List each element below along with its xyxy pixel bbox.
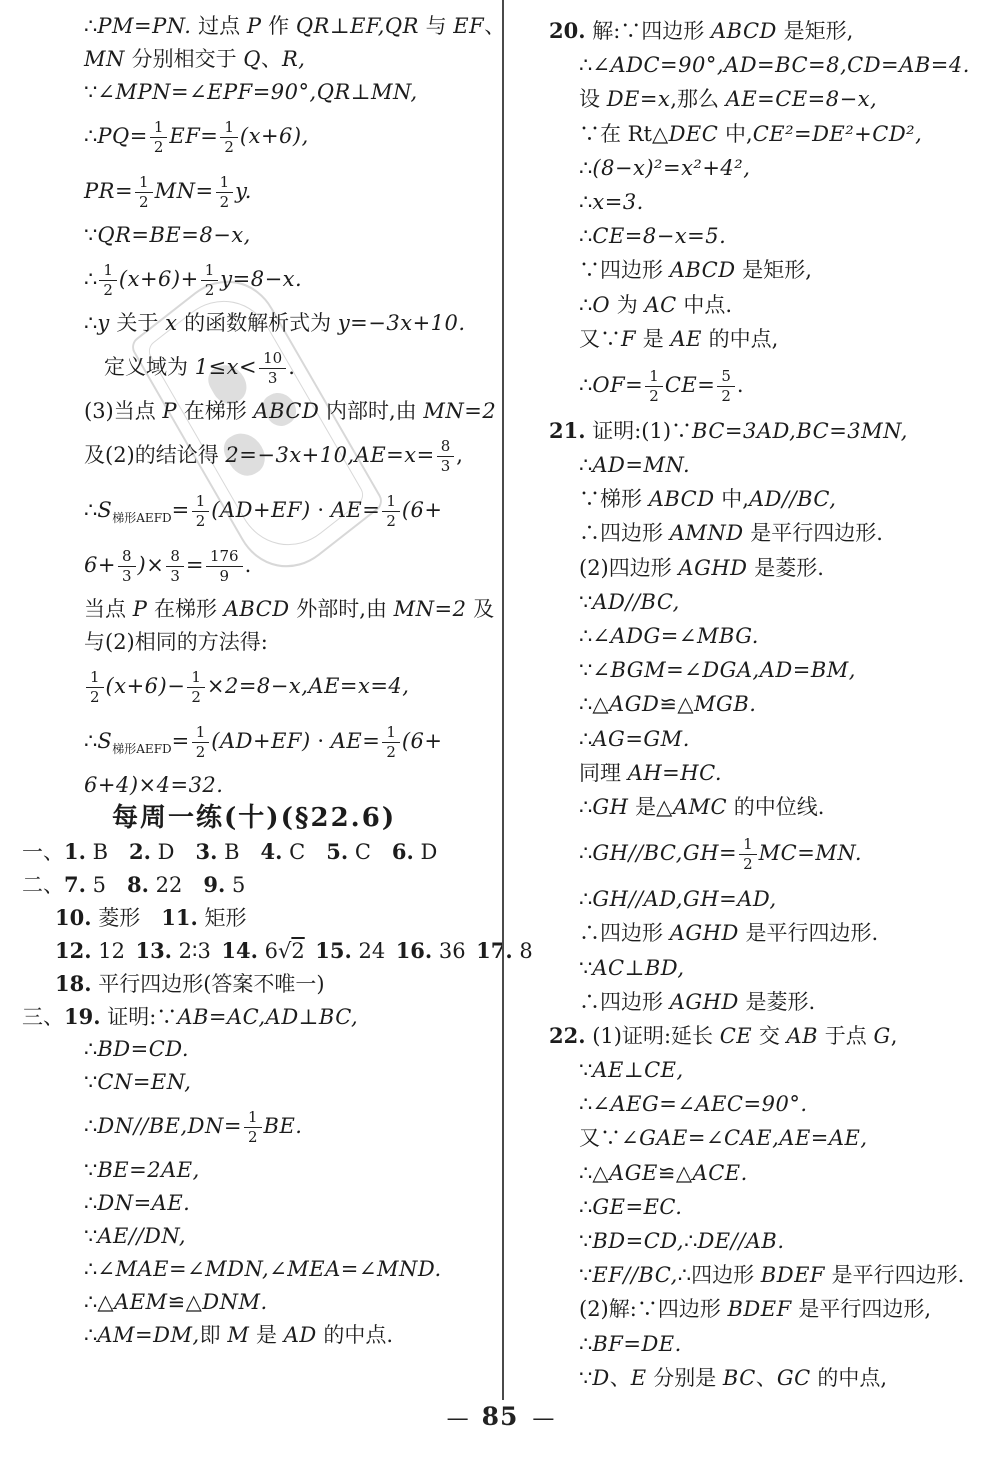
math-segment: CE²=DE²+CD², bbox=[753, 122, 923, 146]
math-segment: ×2=8−x,AE=x=4, bbox=[207, 674, 410, 698]
math-segment: O bbox=[592, 293, 610, 317]
text-segment: ∵ bbox=[579, 1366, 592, 1390]
math-segment: BE=2AE, bbox=[97, 1158, 199, 1182]
text-segment: . bbox=[245, 553, 252, 577]
math-segment: AE=CE=8−x, bbox=[726, 87, 878, 111]
text-line: 6+83)×83=1769. bbox=[84, 538, 498, 593]
math-segment: F bbox=[621, 327, 636, 351]
text-segment: 是平行四边形. bbox=[744, 521, 883, 545]
fraction: 12 bbox=[645, 368, 663, 406]
text-segment: ∵ bbox=[579, 1229, 592, 1253]
text-line: ∴AD=MN. bbox=[579, 448, 998, 482]
fraction-denominator: 2 bbox=[99, 281, 117, 299]
fraction: 12 bbox=[150, 119, 168, 157]
text-segment: D bbox=[414, 840, 438, 864]
text-line: ∴S梯形AEFD=12(AD+EF) · AE=12(6+ bbox=[84, 483, 498, 538]
text-line: ∵QR=BE=8−x, bbox=[84, 219, 498, 252]
text-segment: 证明:(1)∵ bbox=[586, 419, 693, 443]
math-segment: GH//AD,GH=AD, bbox=[592, 887, 776, 911]
text-line: ∴BD=CD. bbox=[84, 1033, 498, 1066]
math-segment: ABCD bbox=[670, 258, 736, 282]
math-segment: (AD+EF) bbox=[211, 498, 310, 522]
text-line: ∴GE=EC. bbox=[579, 1190, 998, 1224]
text-line: ∴四边形 AMND 是平行四边形. bbox=[579, 516, 998, 550]
text-segment: (1)证明:延长 bbox=[586, 1024, 720, 1048]
text-line: ∴AG=GM. bbox=[579, 722, 998, 756]
text-segment: ∴ bbox=[84, 267, 97, 291]
text-segment: 矩形 bbox=[198, 906, 247, 930]
fraction-numerator: 1 bbox=[645, 368, 663, 387]
text-line: 及(2)的结论得 2=−3x+10,AE=x=83, bbox=[84, 428, 498, 483]
text-segment: (2)四边形 bbox=[579, 556, 678, 580]
fraction: 83 bbox=[118, 548, 136, 586]
text-line: ∴DN=AE. bbox=[84, 1187, 498, 1220]
text-line: ∴△AGD≌△MGB. bbox=[579, 687, 998, 721]
text-segment: 为 bbox=[610, 293, 644, 317]
math-segment: = bbox=[172, 729, 190, 753]
text-line: ∴∠AEG=∠AEC=90°. bbox=[579, 1087, 998, 1121]
text-line: ∴(8−x)²=x²+4², bbox=[579, 151, 998, 185]
fraction-numerator: 8 bbox=[118, 548, 136, 567]
text-segment: B bbox=[217, 840, 260, 864]
bold-segment: 2. bbox=[129, 839, 151, 864]
text-segment: ∴ bbox=[579, 293, 592, 317]
radicand: 2 bbox=[291, 939, 304, 963]
math-segment: = bbox=[172, 498, 190, 522]
text-segment: 同理 bbox=[579, 761, 628, 785]
text-segment: 的中点. bbox=[317, 1323, 393, 1347]
math-segment: AD=MN. bbox=[592, 453, 690, 477]
math-segment: AE//DN, bbox=[97, 1224, 186, 1248]
math-segment: G bbox=[873, 1024, 890, 1048]
bold-segment: 4. bbox=[261, 839, 283, 864]
math-segment: AD//BC, bbox=[749, 487, 836, 511]
text-segment: 8 bbox=[513, 939, 533, 963]
text-segment: 关于 bbox=[110, 311, 165, 335]
math-segment: P bbox=[162, 399, 177, 423]
math-segment: 6+ bbox=[84, 553, 116, 577]
text-line: ∴BF=DE. bbox=[579, 1327, 998, 1361]
bold-segment: 10. bbox=[55, 905, 92, 930]
fraction-numerator: 1 bbox=[382, 493, 400, 512]
bold-segment: 1. bbox=[64, 839, 86, 864]
fraction-denominator: 2 bbox=[382, 512, 400, 530]
text-segment: 的中点, bbox=[811, 1366, 887, 1390]
text-segment: 是菱形. bbox=[739, 990, 815, 1014]
math-segment: MN= bbox=[155, 179, 214, 203]
math-segment: OF= bbox=[592, 373, 643, 397]
fraction-numerator: 10 bbox=[259, 350, 286, 369]
text-segment: 一、 bbox=[22, 840, 64, 864]
fraction: 103 bbox=[259, 350, 286, 388]
math-segment: AH=HC. bbox=[628, 761, 722, 785]
math-segment: EF//BC, bbox=[592, 1263, 677, 1287]
bold-segment: 16. bbox=[396, 938, 433, 963]
math-segment: AB=AC,AD⊥BC, bbox=[177, 1005, 358, 1029]
math-segment: CE= bbox=[665, 373, 716, 397]
fraction: 12 bbox=[99, 262, 117, 300]
text-segment: 又∵ bbox=[579, 1126, 621, 1150]
text-segment: 6 bbox=[258, 939, 278, 963]
text-line: (3)当点 P 在梯形 ABCD 内部时,由 MN=2 bbox=[84, 395, 498, 428]
text-segment: ∴ bbox=[579, 1092, 592, 1116]
math-segment: DE//AB. bbox=[697, 1229, 784, 1253]
math-segment: CN=EN, bbox=[97, 1070, 191, 1094]
text-segment: 5 bbox=[225, 873, 245, 897]
math-segment: BDEF bbox=[728, 1297, 792, 1321]
text-segment: 与 bbox=[419, 14, 453, 38]
text-segment: ∴ bbox=[84, 1257, 97, 1281]
workbook-answers-page: ∴PM=PN. 过点 P 作 QR⊥EF,QR 与 EF、MN 分别相交于 Q、… bbox=[0, 0, 1000, 1464]
text-segment: · bbox=[311, 729, 331, 753]
text-line: ∴四边形 AGHD 是菱形. bbox=[579, 985, 998, 1019]
math-segment: CE bbox=[720, 1024, 752, 1048]
fraction-numerator: 1 bbox=[216, 174, 234, 193]
text-line: 同理 AH=HC. bbox=[579, 756, 998, 790]
math-segment: BC bbox=[723, 1366, 756, 1390]
fraction-denominator: 2 bbox=[220, 138, 238, 156]
math-segment: = bbox=[186, 553, 204, 577]
bold-segment: 20. bbox=[549, 18, 586, 43]
page-footer: —85— bbox=[0, 1402, 1000, 1431]
text-line: ∴∠MAE=∠MDN,∠MEA=∠MND. bbox=[84, 1253, 498, 1286]
fraction: 12 bbox=[216, 174, 234, 212]
text-segment: 解:∵四边形 bbox=[586, 19, 711, 43]
math-segment: (AD+EF) bbox=[211, 729, 310, 753]
text-segment: ∴ bbox=[579, 453, 592, 477]
text-segment: 的中点, bbox=[702, 327, 778, 351]
text-segment: 定义域为 bbox=[104, 355, 195, 379]
text-line: ∴x=3. bbox=[579, 185, 998, 219]
text-segment: ∵在 Rt bbox=[579, 122, 652, 146]
math-segment: R, bbox=[282, 47, 306, 71]
math-segment: DN=AE. bbox=[97, 1191, 190, 1215]
text-segment: ∴ bbox=[579, 156, 592, 180]
fraction: 12 bbox=[244, 1109, 262, 1147]
math-segment: ∠MPN=∠EPF=90°,QR⊥MN, bbox=[97, 80, 417, 104]
text-line: ∴CE=8−x=5. bbox=[579, 219, 998, 253]
text-segment: 作 bbox=[261, 14, 295, 38]
math-segment: (6+ bbox=[402, 498, 443, 522]
text-line: ∵CN=EN, bbox=[84, 1066, 498, 1099]
text-line: ∵BE=2AE, bbox=[84, 1154, 498, 1187]
math-segment: y bbox=[97, 311, 109, 335]
math-segment: △AGE≌△ACE. bbox=[592, 1161, 747, 1185]
text-segment: ∴ bbox=[84, 14, 97, 38]
text-segment: ∴ bbox=[84, 1191, 97, 1215]
math-segment: (8−x)²=x²+4², bbox=[592, 156, 750, 180]
math-segment: AE bbox=[670, 327, 702, 351]
fraction-denominator: 2 bbox=[135, 193, 153, 211]
square-root: √2 bbox=[278, 939, 305, 963]
text-segment: ∴ bbox=[84, 1037, 97, 1061]
text-segment: 的函数解析式为 bbox=[177, 311, 337, 335]
text-segment: ∵四边形 bbox=[579, 258, 670, 282]
bold-segment: 22. bbox=[549, 1023, 586, 1048]
text-segment: ∴ bbox=[579, 53, 592, 77]
text-segment: 内部时,由 bbox=[319, 399, 423, 423]
text-line: ∴PQ=12EF=12(x+6), bbox=[84, 109, 498, 164]
text-segment: 、 bbox=[610, 1366, 631, 1390]
fraction-denominator: 2 bbox=[201, 281, 219, 299]
math-segment: AC⊥BD, bbox=[592, 956, 684, 980]
bold-segment: 5. bbox=[326, 839, 348, 864]
text-segment: ∵ bbox=[84, 223, 97, 247]
text-segment: 即 bbox=[200, 1323, 228, 1347]
text-segment: 是矩形, bbox=[777, 19, 853, 43]
math-segment: x bbox=[165, 311, 177, 335]
math-segment: QR⊥EF,QR bbox=[296, 14, 419, 38]
math-segment: Q bbox=[243, 47, 261, 71]
bold-segment: 21. bbox=[549, 418, 586, 443]
text-line: ∴∠ADC=90°,AD=BC=8,CD=AB=4. bbox=[579, 48, 998, 82]
text-segment: 中点. bbox=[677, 293, 732, 317]
text-segment: 、 bbox=[261, 47, 282, 71]
text-segment: 是平行四边形, bbox=[792, 1297, 931, 1321]
text-line: 12. 12 13. 2∶3 14. 6√2 15. 24 16. 36 17.… bbox=[55, 934, 498, 967]
section-heading: 每周一练(十)(§22.6) bbox=[112, 802, 498, 835]
text-segment: 在梯形 bbox=[147, 597, 223, 621]
text-segment: 5 bbox=[86, 873, 127, 897]
math-segment: 1≤x< bbox=[195, 355, 257, 379]
math-segment: ∠AEG=∠AEC=90°. bbox=[592, 1092, 807, 1116]
fraction: 12 bbox=[220, 119, 238, 157]
text-line: ∴△AGE≌△ACE. bbox=[579, 1156, 998, 1190]
fraction-numerator: 5 bbox=[717, 368, 735, 387]
text-line: ∵∠BGM=∠DGA,AD=BM, bbox=[579, 653, 998, 687]
text-segment: 是平行四边形. bbox=[825, 1263, 964, 1287]
fraction: 1769 bbox=[206, 548, 243, 586]
text-segment: 2∶3 bbox=[172, 939, 221, 963]
text-line: ∵AE⊥CE, bbox=[579, 1053, 998, 1087]
text-segment: C bbox=[348, 840, 392, 864]
math-segment: EF bbox=[453, 14, 484, 38]
fraction-numerator: 8 bbox=[437, 438, 455, 457]
math-segment: AD bbox=[284, 1323, 317, 1347]
math-segment: AM=DM, bbox=[97, 1323, 199, 1347]
text-segment: 是 bbox=[628, 795, 656, 819]
text-segment: 22 bbox=[149, 873, 203, 897]
math-segment: AGHD bbox=[670, 921, 739, 945]
fraction-numerator: 8 bbox=[166, 548, 184, 567]
text-segment: ∵ bbox=[579, 1263, 592, 1287]
fraction-denominator: 2 bbox=[244, 1128, 262, 1146]
text-segment: C bbox=[282, 840, 326, 864]
text-segment: 的中位线. bbox=[727, 795, 824, 819]
fraction-numerator: 1 bbox=[187, 669, 205, 688]
math-segment: ∠ADG=∠MBG. bbox=[592, 624, 759, 648]
math-segment: BD=CD, bbox=[592, 1229, 684, 1253]
text-segment: ∴ bbox=[84, 498, 97, 522]
math-segment: GE=EC. bbox=[592, 1195, 682, 1219]
text-segment: 二、 bbox=[22, 873, 64, 897]
text-segment: 证明:∵ bbox=[101, 1005, 178, 1029]
math-segment: △AGD≌△MGB. bbox=[592, 692, 756, 716]
text-line: ∴四边形 AGHD 是平行四边形. bbox=[579, 916, 998, 950]
math-segment: ∠GAE=∠CAE,AE=AE, bbox=[621, 1126, 868, 1150]
text-line: 12(x+6)−12×2=8−x,AE=x=4, bbox=[84, 659, 498, 714]
text-line: ∵AE//DN, bbox=[84, 1220, 498, 1253]
text-line: (2)解:∵四边形 BDEF 是平行四边形, bbox=[579, 1292, 998, 1326]
bold-segment: 18. bbox=[55, 971, 92, 996]
math-segment: EF= bbox=[169, 124, 218, 148]
fraction: 12 bbox=[187, 669, 205, 707]
text-segment: ∴ bbox=[579, 373, 592, 397]
text-line: ∴S梯形AEFD=12(AD+EF) · AE=12(6+ bbox=[84, 714, 498, 769]
math-segment: PR= bbox=[84, 179, 133, 203]
math-segment: AE⊥CE, bbox=[592, 1058, 683, 1082]
math-segment: AGHD bbox=[678, 556, 747, 580]
text-segment: 是平行四边形. bbox=[739, 921, 878, 945]
fraction-denominator: 2 bbox=[150, 138, 168, 156]
fraction: 12 bbox=[192, 724, 210, 762]
text-line: 10. 菱形 11. 矩形 bbox=[55, 901, 498, 934]
text-segment: 于点 bbox=[818, 1024, 873, 1048]
text-line: ∵EF//BC,∴四边形 BDEF 是平行四边形. bbox=[579, 1258, 998, 1292]
bold-segment: 3. bbox=[196, 839, 218, 864]
text-segment: D bbox=[151, 840, 196, 864]
math-segment: AGHD bbox=[670, 990, 739, 1014]
text-line: ∵AD//BC, bbox=[579, 585, 998, 619]
text-segment: ∴ bbox=[84, 1114, 97, 1138]
text-segment: . bbox=[737, 373, 744, 397]
text-line: (2)四边形 AGHD 是菱形. bbox=[579, 551, 998, 585]
text-line: 6+4)×4=32. bbox=[84, 769, 498, 802]
bold-segment: 9. bbox=[203, 872, 225, 897]
text-segment: . bbox=[288, 355, 295, 379]
text-line: ∴PM=PN. 过点 P 作 QR⊥EF,QR 与 EF、 bbox=[84, 10, 498, 43]
bold-segment: 11. bbox=[161, 905, 198, 930]
text-segment: (3)当点 bbox=[84, 399, 162, 423]
text-line: 又∵F 是 AE 的中点, bbox=[579, 322, 998, 356]
text-segment: 过点 bbox=[191, 14, 246, 38]
fraction-denominator: 3 bbox=[259, 369, 286, 387]
text-segment: ∴ bbox=[579, 1195, 592, 1219]
text-line: ∴GH//AD,GH=AD, bbox=[579, 882, 998, 916]
text-line: MN 分别相交于 Q、R, bbox=[84, 43, 498, 76]
fraction-numerator: 1 bbox=[382, 724, 400, 743]
bold-segment: 6. bbox=[392, 839, 414, 864]
math-segment: ∠ADC=90°,AD=BC=8,CD=AB=4. bbox=[592, 53, 970, 77]
bold-segment: 19. bbox=[64, 1004, 101, 1029]
text-segment: 在梯形 bbox=[177, 399, 253, 423]
fraction: 83 bbox=[437, 438, 455, 476]
fraction: 12 bbox=[382, 493, 400, 531]
text-segment: ∴ bbox=[579, 190, 592, 214]
math-segment: AC bbox=[644, 293, 676, 317]
text-segment: ∴四边形 bbox=[579, 990, 670, 1014]
text-segment: 、 bbox=[756, 1366, 777, 1390]
text-segment: 分别是 bbox=[647, 1366, 723, 1390]
text-line: ∴OF=12CE=52. bbox=[579, 356, 998, 414]
math-segment: S bbox=[97, 498, 112, 522]
fraction-numerator: 1 bbox=[150, 119, 168, 138]
math-segment: ∠BGM=∠DGA,AD=BM, bbox=[592, 658, 856, 682]
fraction-denominator: 2 bbox=[187, 688, 205, 706]
text-segment: B bbox=[86, 840, 129, 864]
text-line: ∴DN//BE,DN=12BE. bbox=[84, 1099, 498, 1154]
text-line: 20. 解:∵四边形 ABCD 是矩形, bbox=[549, 14, 998, 48]
fraction-numerator: 1 bbox=[135, 174, 153, 193]
math-segment: MN bbox=[84, 47, 125, 71]
text-segment: · bbox=[311, 498, 331, 522]
text-segment: 菱形 bbox=[92, 906, 162, 930]
math-segment: QR=BE=8−x, bbox=[97, 223, 250, 247]
fraction: 12 bbox=[135, 174, 153, 212]
text-segment: 是 bbox=[636, 327, 670, 351]
left-column: ∴PM=PN. 过点 P 作 QR⊥EF,QR 与 EF、MN 分别相交于 Q、… bbox=[22, 10, 498, 1352]
math-segment: E bbox=[631, 1366, 647, 1390]
text-line: 22. (1)证明:延长 CE 交 AB 于点 G, bbox=[549, 1019, 998, 1053]
text-line: ∴12(x+6)+12y=8−x. bbox=[84, 252, 498, 307]
text-line: ∴GH//BC,GH=12MC=MN. bbox=[579, 824, 998, 882]
text-line: 又∵∠GAE=∠CAE,AE=AE, bbox=[579, 1121, 998, 1155]
text-line: ∵∠MPN=∠EPF=90°,QR⊥MN, bbox=[84, 76, 498, 109]
fraction-denominator: 9 bbox=[206, 567, 243, 585]
text-segment: ∴ bbox=[84, 729, 97, 753]
fraction-denominator: 2 bbox=[216, 193, 234, 211]
text-segment: 及 bbox=[466, 597, 494, 621]
text-segment: 每周一练(十)(§22.6) bbox=[112, 803, 396, 833]
bold-segment: 13. bbox=[135, 938, 172, 963]
fraction-numerator: 1 bbox=[201, 262, 219, 281]
text-segment: 与(2)相同的方法得: bbox=[84, 630, 268, 654]
text-segment: 24 bbox=[352, 939, 396, 963]
math-segment: AD//BC, bbox=[592, 590, 679, 614]
math-segment: y=−3x+10. bbox=[338, 311, 466, 335]
text-segment: ∴ bbox=[579, 795, 592, 819]
text-segment: 中, bbox=[718, 122, 752, 146]
math-segment: y. bbox=[235, 179, 252, 203]
math-segment: AMND bbox=[670, 521, 744, 545]
text-segment: ∵ bbox=[579, 956, 592, 980]
text-segment: 分别相交于 bbox=[125, 47, 243, 71]
text-segment: ∵ bbox=[84, 80, 97, 104]
math-segment: AB bbox=[787, 1024, 819, 1048]
text-segment: ∴ bbox=[579, 224, 592, 248]
math-segment: CE=8−x=5. bbox=[592, 224, 726, 248]
math-segment: D bbox=[592, 1366, 609, 1390]
math-segment: 2=−3x+10,AE=x= bbox=[225, 443, 434, 467]
fraction: 12 bbox=[739, 836, 757, 874]
text-segment: 是菱形. bbox=[748, 556, 824, 580]
math-segment: ABCD bbox=[253, 399, 319, 423]
math-segment: S bbox=[97, 729, 112, 753]
math-segment: BD=CD. bbox=[97, 1037, 189, 1061]
fraction-numerator: 1 bbox=[99, 262, 117, 281]
text-segment: ∵ bbox=[579, 658, 592, 682]
fraction-denominator: 2 bbox=[382, 743, 400, 761]
fraction-denominator: 2 bbox=[739, 855, 757, 873]
text-line: 二、7. 5 8. 22 9. 5 bbox=[22, 868, 498, 901]
math-segment: BC=3AD,BC=3MN, bbox=[692, 419, 908, 443]
text-line: ∵四边形 ABCD 是矩形, bbox=[579, 253, 998, 287]
text-segment: 12 bbox=[92, 939, 136, 963]
text-segment: 平行四边形(答案不唯一) bbox=[92, 972, 325, 996]
text-segment: ∵ bbox=[84, 1070, 97, 1094]
text-segment: ∴ bbox=[684, 1229, 697, 1253]
bold-segment: 12. bbox=[55, 938, 92, 963]
fraction: 12 bbox=[192, 493, 210, 531]
text-line: ∴O 为 AC 中点. bbox=[579, 288, 998, 322]
text-segment: ∵ bbox=[579, 1058, 592, 1082]
text-segment: 是矩形, bbox=[736, 258, 812, 282]
text-line: ∴∠ADG=∠MBG. bbox=[579, 619, 998, 653]
text-segment: ∴ bbox=[579, 841, 592, 865]
text-line: ∴△AEM≌△DNM. bbox=[84, 1286, 498, 1319]
fraction: 12 bbox=[201, 262, 219, 300]
text-segment: ∴ bbox=[579, 692, 592, 716]
